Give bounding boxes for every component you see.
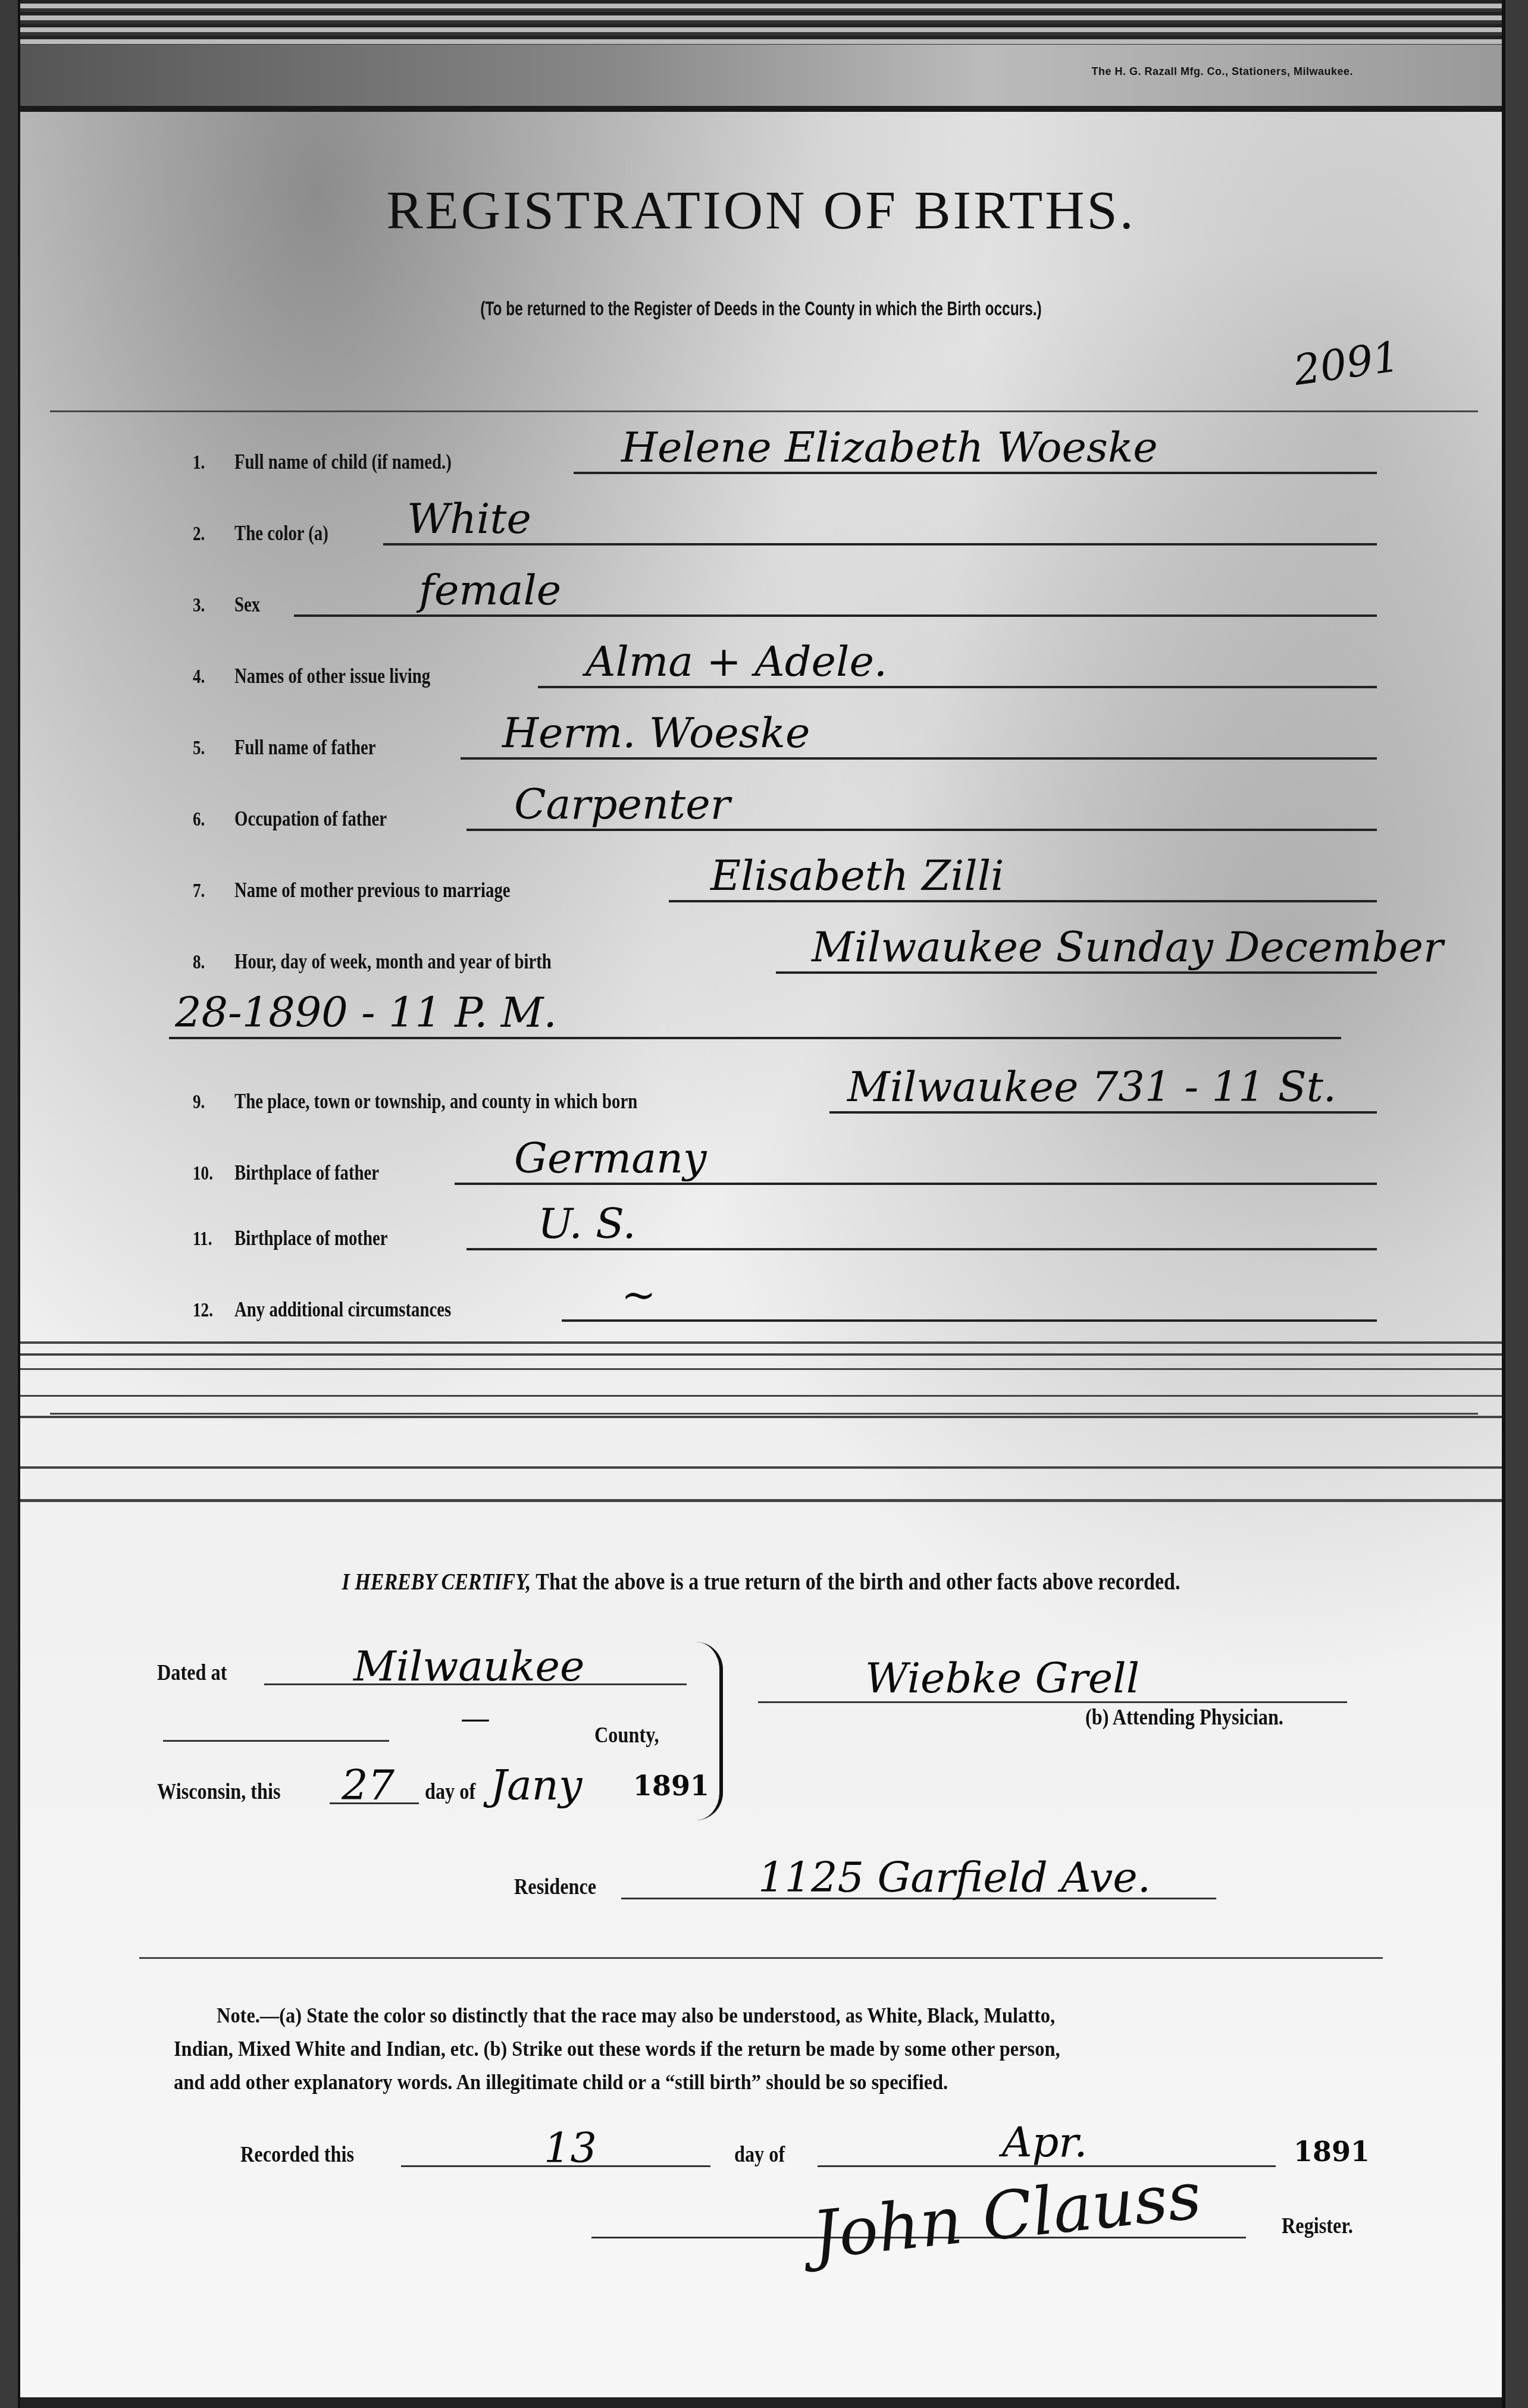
certification-statement: I HEREBY CERTIFY, That the above is a tr… [131,1567,1391,1595]
residence-label: Residence [514,1874,596,1900]
record-number: 2091 [1291,332,1402,395]
residence-value: 1125 Garfield Ave. [758,1853,1151,1902]
field-sex: 3. Sex female [157,568,1377,628]
dated-at-label: Dated at [157,1660,227,1686]
field-birth-place: 9. The place, town or township, and coun… [157,1065,1377,1124]
field-father-name: 5. Full name of father Herm. Woeske [157,711,1377,770]
divider [20,1368,1502,1370]
register-signature: John Clauss [809,2157,1204,2274]
divider [139,1957,1383,1959]
field-mother-maiden-name: 7. Name of mother previous to marriage E… [157,854,1377,913]
divider [50,1413,1478,1415]
divider [20,1341,1502,1344]
additional-circumstances-value: ~ [621,1271,656,1319]
recorded-label: Recorded this [240,2142,354,2168]
birth-registration-document: The H. G. Razall Mfg. Co., Stationers, M… [18,0,1505,2408]
field-color: 2. The color (a) White [157,497,1377,556]
recorded-day-value: 13 [544,2124,597,2172]
county-value: — [461,1701,490,1736]
field-additional-circumstances: 12. Any additional circumstances ~ [157,1273,1377,1332]
field-father-occupation: 6. Occupation of father Carpenter [157,782,1377,842]
recorded-year-value: 1891 [1294,2136,1370,2168]
stationer-imprint: The H. G. Razall Mfg. Co., Stationers, M… [1091,65,1353,78]
document-title: REGISTRATION OF BIRTHS. [20,178,1502,242]
father-birthplace-value: Germany [514,1134,707,1183]
register-label: Register. [1282,2213,1353,2239]
dated-at-value: Milwaukee [353,1642,584,1691]
divider [20,1395,1502,1397]
birth-time-continued-value: 28-1890 - 11 P. M. [175,988,557,1037]
cert-month-value: Jany [490,1761,582,1810]
sex-value: female [419,566,561,614]
bracket [696,1642,723,1820]
birth-time-value: Milwaukee Sunday December [812,923,1443,971]
field-mother-birthplace: 11. Birthplace of mother U. S. [157,1202,1377,1261]
form-note: Note.—(a) State the color so distinctly … [217,1999,1261,2099]
header-rule [20,106,1502,112]
child-name-value: Helene Elizabeth Woeske [621,423,1158,472]
divider [50,410,1478,412]
physician-signature: Wiebke Grell [865,1654,1139,1702]
mother-maiden-name-value: Elisabeth Zilli [710,851,1004,900]
recorded-day-of-label: day of [734,2142,785,2168]
father-occupation-value: Carpenter [514,780,730,829]
recorded-month-value: Apr. [1002,2118,1087,2166]
field-child-name: 1. Full name of child (if named.) Helene… [157,425,1377,485]
divider [20,1499,1502,1502]
county-label: County, [594,1722,659,1748]
field-birth-time: 8. Hour, day of week, month and year of … [157,925,1377,984]
ledger-edge-top [20,0,1502,45]
divider [20,1416,1502,1418]
divider [20,1466,1502,1469]
document-subtitle: (To be returned to the Register of Deeds… [228,297,1295,321]
father-name-value: Herm. Woeske [502,708,810,757]
color-value: White [407,494,531,543]
attending-physician-label: (b) Attending Physician. [1085,1704,1283,1730]
divider [20,1353,1502,1356]
day-of-label: day of [425,1779,475,1805]
other-issue-value: Alma + Adele. [585,637,887,686]
birth-place-value: Milwaukee 731 - 11 St. [847,1062,1336,1111]
ledger-edge-bottom [20,2397,1502,2408]
field-birth-time-continued: 28-1890 - 11 P. M. [157,990,1377,1050]
field-other-issue: 4. Names of other issue living Alma + Ad… [157,639,1377,699]
wisconsin-label: Wisconsin, this [157,1779,281,1805]
mother-birthplace-value: U. S. [538,1199,636,1248]
field-father-birthplace: 10. Birthplace of father Germany [157,1136,1377,1196]
